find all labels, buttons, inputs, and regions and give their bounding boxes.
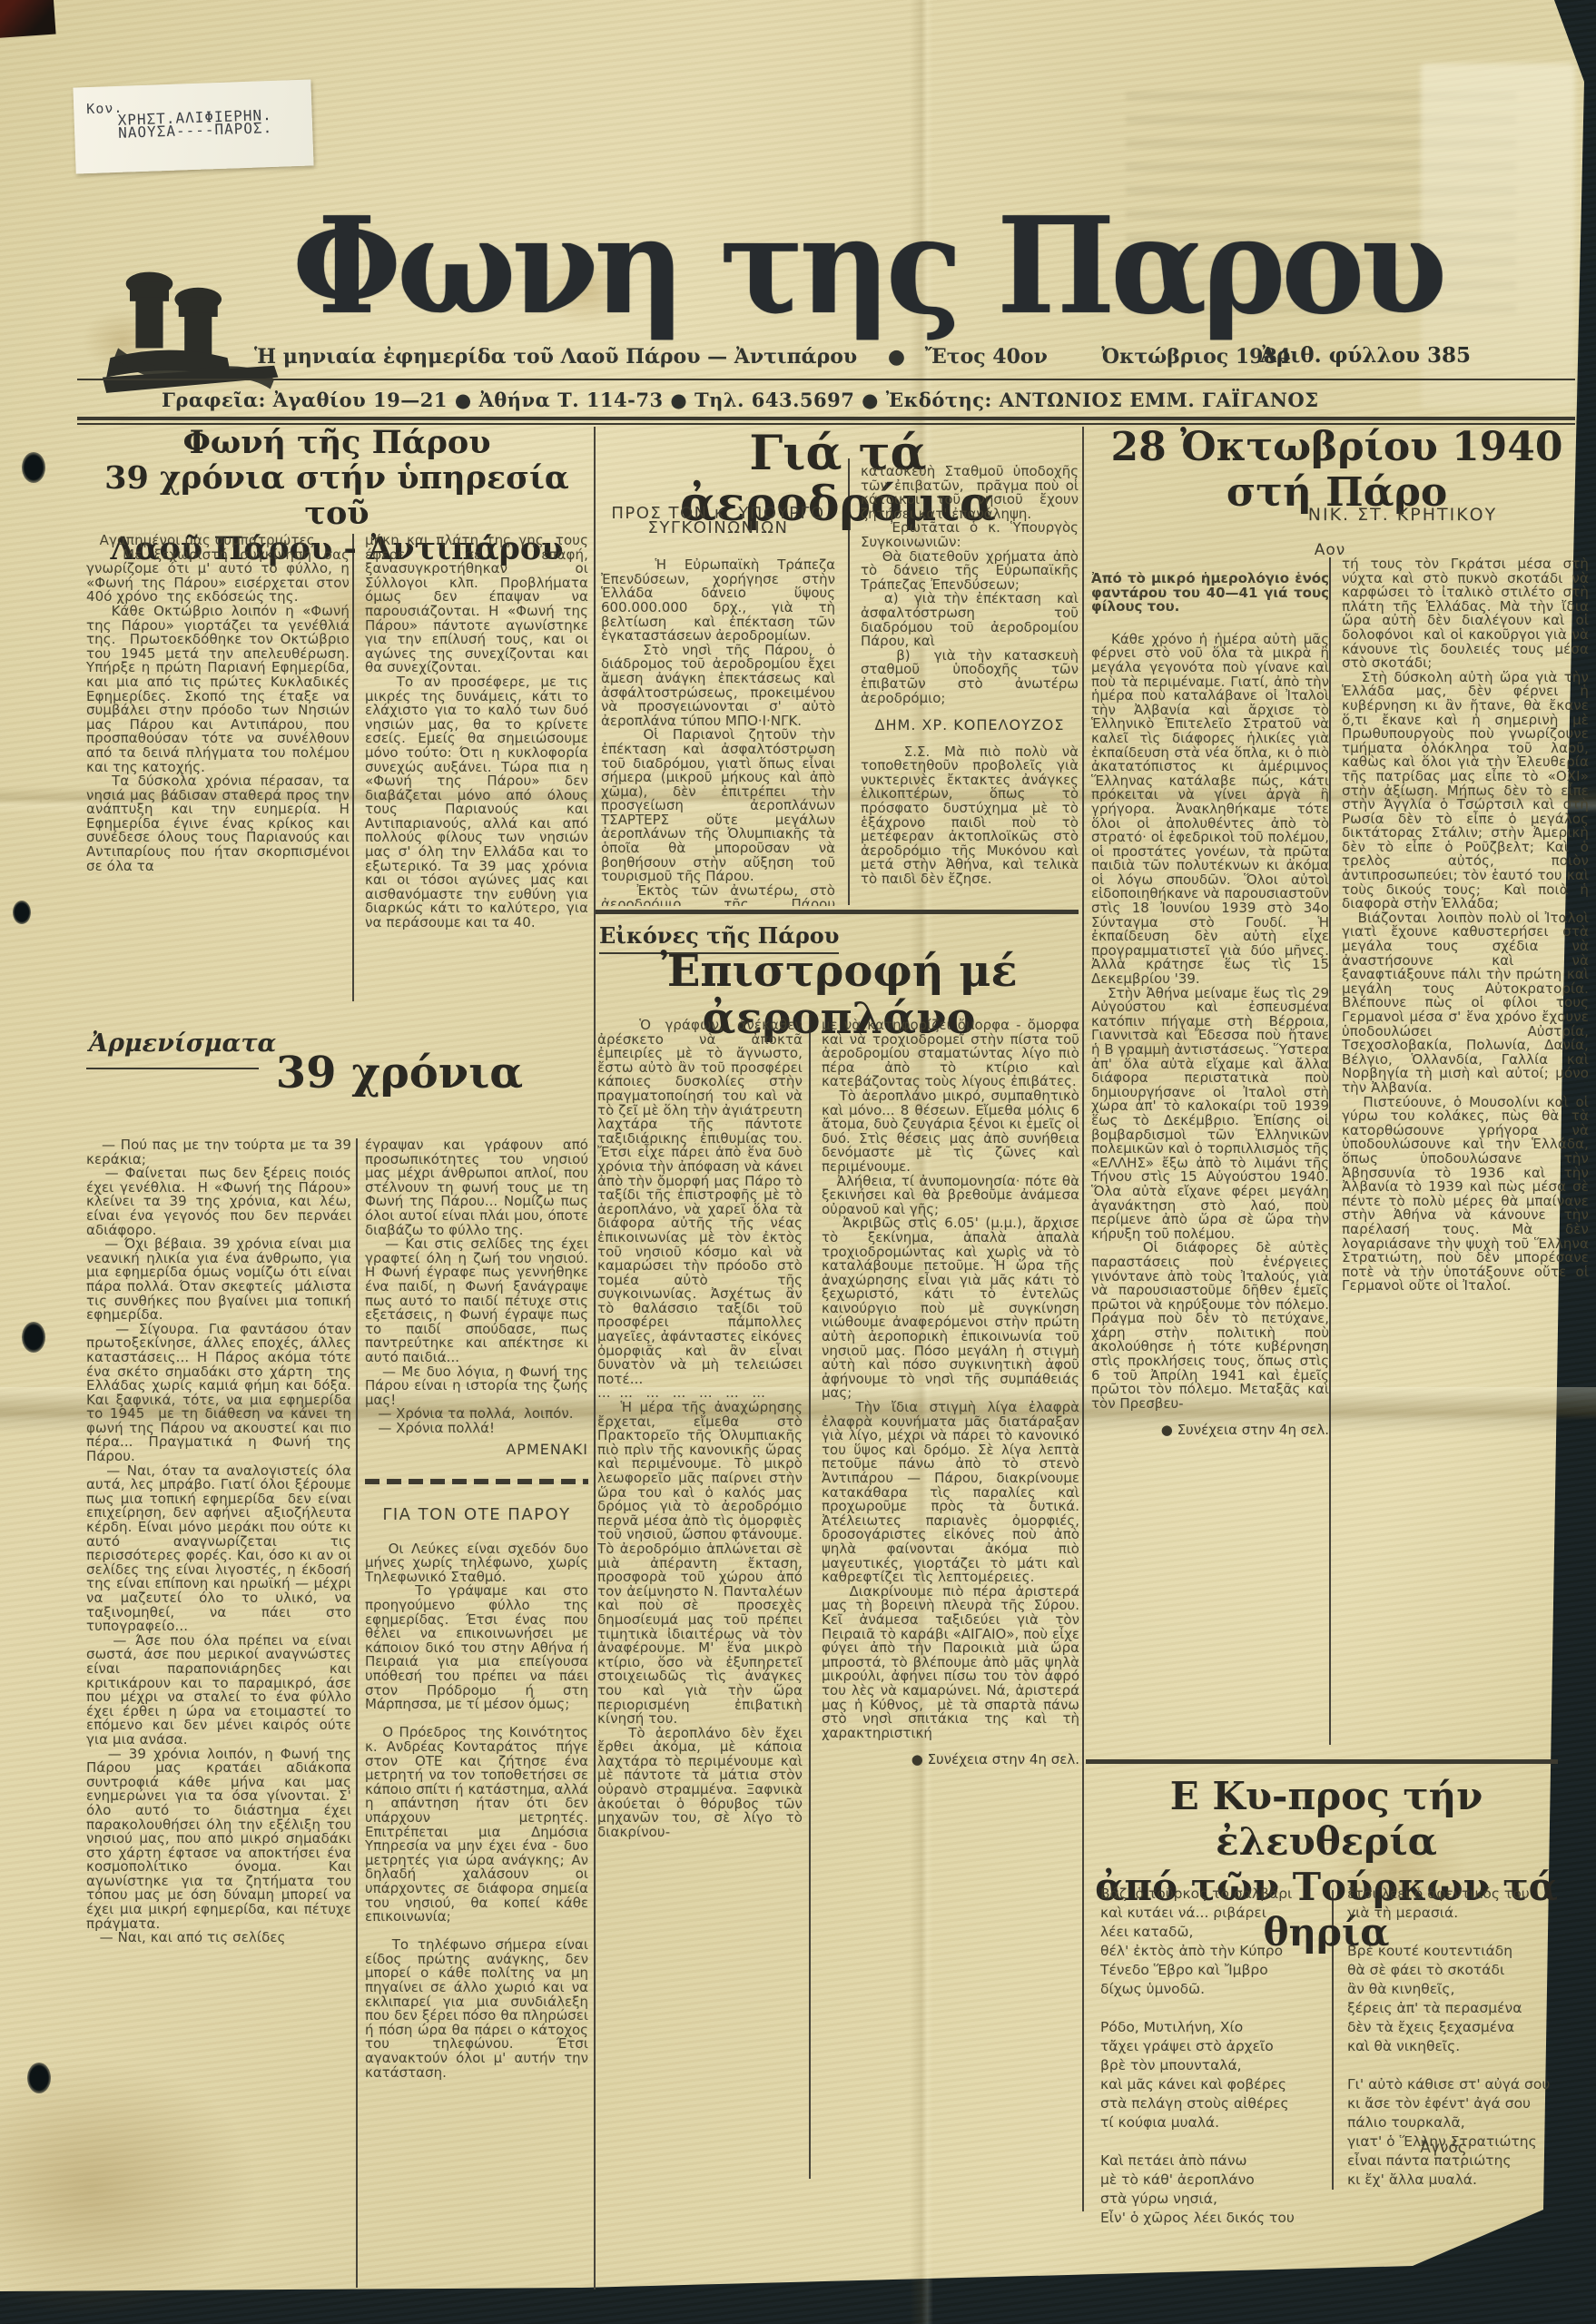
punch-hole [22,452,45,483]
column-rule [352,534,354,1001]
epistrofi-col1: Ὁ γράφων, ἀνέκαθεν ἀρέσκετο νὰ ἀποκτᾶ ἐμ… [597,1019,803,2170]
oct28-col2: τή τους τὸν Γκράτσι μέσα στὴ νύχτα καὶ σ… [1342,557,1589,1745]
region-rule [1082,427,1084,2211]
address-label: Κον. ΧΡΗΣΤ.ΑΛΙΦΙΕΡΗΝ. ΝΑΟΥΣΑ----ΠΑΡΟΣ. [73,79,313,173]
poem-signature: Ἀγνός [1344,2139,1543,2158]
punch-hole [22,1322,45,1353]
oct28-intro: Ἀπό τὸ μικρό ἡμερολόγιο ἑνός φαντάρου το… [1091,572,1329,615]
airports-editor-note: Σ.Σ. Μὰ πιὸ πολὺ νὰ τοποθετηθοῦν προβολε… [861,745,1079,887]
continued-note: ● Συνέχεια στην 4η σελ. [1091,1423,1329,1438]
armenismata-col2: έγραψαν και γράφουν από προσωπικότητες τ… [365,1138,588,2288]
masthead-offices-line: Γραφεῖα: Ἀγαθίου 19—21 ● Ἀθήνα Τ. 114-73… [162,389,1396,411]
oct28-col1-text: Κάθε χρόνο ἡ ἡμέρα αὐτὴ μᾶς φέρνει στὸ ν… [1091,633,1329,1412]
armenismata-headline: 39 χρόνια [213,1049,586,1097]
section-divider-dashes [365,1479,588,1484]
oct28-part-label: Αον [1262,541,1398,559]
epistrofi-top-rule [596,910,1079,914]
epistrofi-col2-text: με νὰ κατηφορίζει ὄμορφα - ὄμορφα καὶ νὰ… [822,1019,1079,1740]
masthead-rule-heavy [77,417,1575,420]
punch-hole [13,901,31,924]
issue-number: Ἀριθ. φύλλου 385 [1260,343,1532,368]
airports-col2-text: κατασκευὴ Σταθμοῦ ὑποδοχῆς τῶν ἐπιβατῶν,… [861,465,1079,705]
column-rule [356,1138,358,2288]
ote-heading: ΓΙΑ ΤΟΝ ΟΤΕ ΠΑΡΟΥ [365,1508,588,1522]
airports-col1: ΠΡΟΣ ΤΟΝ κ. ΥΠΟΥΡΓΟ ΣΥΓΚΟΙΝΩΝΙΩΝ Ἡ Εὐρωπ… [601,507,835,906]
masthead-subtitle-row: Ἡ μηνιαία ἐφημερίδα τοῦ Λαοῦ Πάρου — Ἀντ… [254,345,1253,369]
anniversary-col1: Αγαπημένοι μας συμπατριώτες. Με ξεχωριστ… [86,534,350,1006]
armenismata-col2-text: έγραψαν και γράφουν από προσωπικότητες τ… [365,1138,588,1435]
armenismata-col1: — Πού πας με την τούρτα με τα 39 κεράκια… [86,1138,351,2169]
poem-top-rule [1086,1759,1558,1764]
newspaper-title: Φωνη της Παρου [292,194,1318,339]
airports-col2: κατασκευὴ Σταθμοῦ ὑποδοχῆς τῶν ἐπιβατῶν,… [861,465,1079,906]
oct28-headline: 28 Ὀκτωβρίου 1940 στή Πάρο [1089,425,1584,516]
oct28-col1: Ἀπό τὸ μικρό ἡμερολόγιο ἑνός φαντάρου το… [1091,572,1329,1743]
armenismata-signature: ΑΡΜΕΝΑΚΙ [365,1443,588,1457]
ote-body: Οι Λεύκες είναι σχεδόν δυο μήνες χωρίς τ… [365,1542,588,2081]
airports-col1-text: Ἡ Εὐρωπαϊκὴ Τράπεζα Ἐπενδύσεων, χορήγησε… [601,558,835,906]
region-rule [594,427,596,2290]
punch-hole [27,2063,51,2093]
column-rule [1329,557,1331,1745]
corner-tape-mark [0,0,56,38]
masthead-era: Ἔτος 40ον [925,345,1048,369]
epistrofi-col2: με νὰ κατηφορίζει ὄμορφα - ὄμορφα καὶ νὰ… [822,1019,1079,2190]
column-rule [809,1015,811,2179]
continued-note: ● Συνέχεια στην 4η σελ. [822,1753,1079,1768]
masthead-subtitle: Ἡ μηνιαία ἐφημερίδα τοῦ Λαοῦ Πάρου — Ἀντ… [254,345,857,369]
newspaper-scan: { "colors": { "paper": "#ded2a2", "ink":… [0,0,1596,2324]
airports-signature: ΔΗΜ. ΧΡ. ΚΟΠΕΛΟΥΖΟΣ [861,718,1079,733]
oct28-byline: ΝΙΚ. ΣΤ. ΚΡΗΤΙΚΟΥ [1253,505,1552,525]
poem-col1: Βάζ' ὁ τοῦρκος τὸ σαλβάρι καὶ κυτάει νά.… [1100,1885,1320,2266]
masthead-rule-thin [77,379,1575,380]
anniversary-col2: μήκη και πλάτη της γης, τους έφερε σε επ… [365,534,588,1006]
airports-addressee: ΠΡΟΣ ΤΟΝ κ. ΥΠΟΥΡΓΟ ΣΥΓΚΟΙΝΩΝΙΩΝ [601,507,835,535]
